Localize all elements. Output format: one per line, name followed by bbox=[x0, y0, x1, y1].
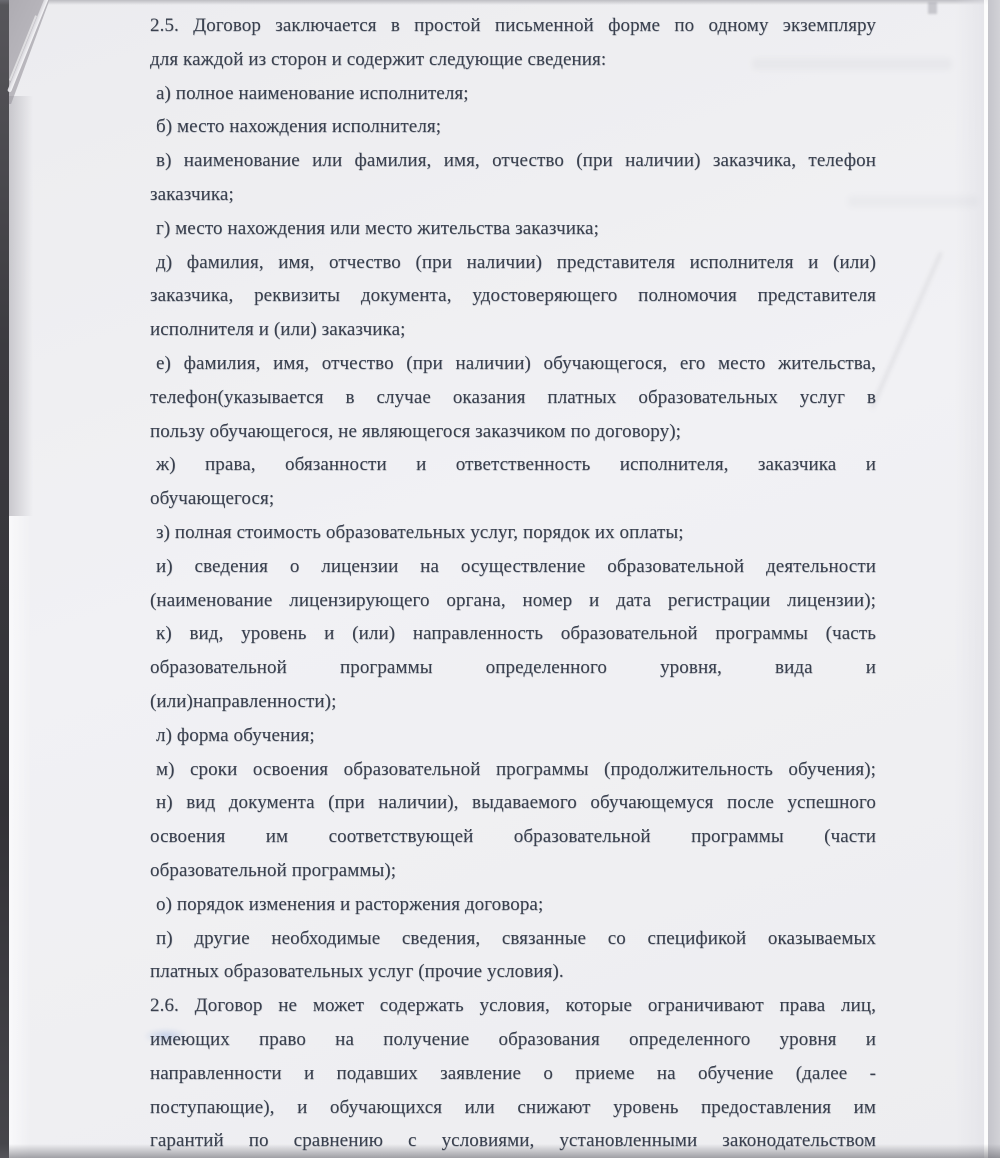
item-m-line: м) сроки освоения образовательной програ… bbox=[150, 753, 876, 787]
scanner-edge-left bbox=[0, 0, 9, 1158]
doc-line: телефон(указывается в случае оказания пл… bbox=[150, 381, 876, 415]
item-k-line: к) вид, уровень и (или) направленность о… bbox=[150, 617, 876, 651]
item-i-line: и) сведения о лицензии на осуществление … bbox=[150, 550, 876, 584]
doc-line: заказчика; bbox=[150, 178, 876, 212]
doc-line: (наименование лицензирующего органа, ном… bbox=[150, 584, 876, 618]
item-p-line: п) другие необходимые сведения, связанны… bbox=[150, 922, 876, 956]
page-edge-shade-right bbox=[955, 0, 985, 1158]
item-g-line: г) место нахождения или место жительства… bbox=[150, 212, 876, 246]
doc-line: образовательной программы определенного … bbox=[150, 651, 876, 685]
doc-line: направленности и подавших заявление о пр… bbox=[150, 1057, 876, 1091]
doc-line: для каждой из сторон и содержит следующи… bbox=[150, 43, 876, 77]
item-e-line: е) фамилия, имя, отчество (при наличии) … bbox=[150, 347, 876, 381]
document-body: 2.5. Договор заключается в простой письм… bbox=[150, 9, 876, 1158]
doc-line: (или)направленности); bbox=[150, 685, 876, 719]
doc-line: обучающегося; bbox=[150, 482, 876, 516]
scanned-page: 2.5. Договор заключается в простой письм… bbox=[0, 0, 1000, 1158]
doc-line: поступающие), и обучающихся или снижают … bbox=[150, 1091, 876, 1125]
scanner-edge-right bbox=[988, 0, 1000, 1158]
clause-2-6-line: 2.6. Договор не может содержать условия,… bbox=[150, 989, 876, 1023]
item-n-line: н) вид документа (при наличии), выдаваем… bbox=[150, 786, 876, 820]
doc-line: платных образовательных услуг (прочие ус… bbox=[150, 955, 876, 989]
page-edge-shadow-top bbox=[0, 0, 1000, 5]
doc-line: освоения им соответствующей образователь… bbox=[150, 820, 876, 854]
clause-2-5-line: 2.5. Договор заключается в простой письм… bbox=[150, 9, 876, 43]
doc-line: гарантий по сравнению с условиями, устан… bbox=[150, 1124, 876, 1158]
page-edge-shade-left bbox=[9, 96, 33, 516]
item-zh-line: ж) права, обязанности и ответственность … bbox=[150, 448, 876, 482]
doc-line: образовательной программы); bbox=[150, 854, 876, 888]
doc-line: заказчика, реквизиты документа, удостове… bbox=[150, 279, 876, 313]
page-edge-light-left bbox=[9, 516, 31, 1158]
doc-line: пользу обучающегося, не являющегося зака… bbox=[150, 415, 876, 449]
scan-speck bbox=[928, 2, 937, 14]
item-o-line: о) порядок изменения и расторжения догов… bbox=[150, 888, 876, 922]
scan-crease bbox=[871, 252, 943, 409]
item-l-line: л) форма обучения; bbox=[150, 719, 876, 753]
item-z-line: з) полная стоимость образовательных услу… bbox=[150, 516, 876, 550]
item-b-line: б) место нахождения исполнителя; bbox=[150, 110, 876, 144]
item-d-line: д) фамилия, имя, отчество (при наличии) … bbox=[150, 246, 876, 280]
doc-line: имеющих право на получение образования о… bbox=[150, 1023, 876, 1057]
item-a-line: а) полное наименование исполнителя; bbox=[150, 77, 876, 111]
doc-line: исполнителя и (или) заказчика; bbox=[150, 313, 876, 347]
item-v-line: в) наименование или фамилия, имя, отчест… bbox=[150, 144, 876, 178]
